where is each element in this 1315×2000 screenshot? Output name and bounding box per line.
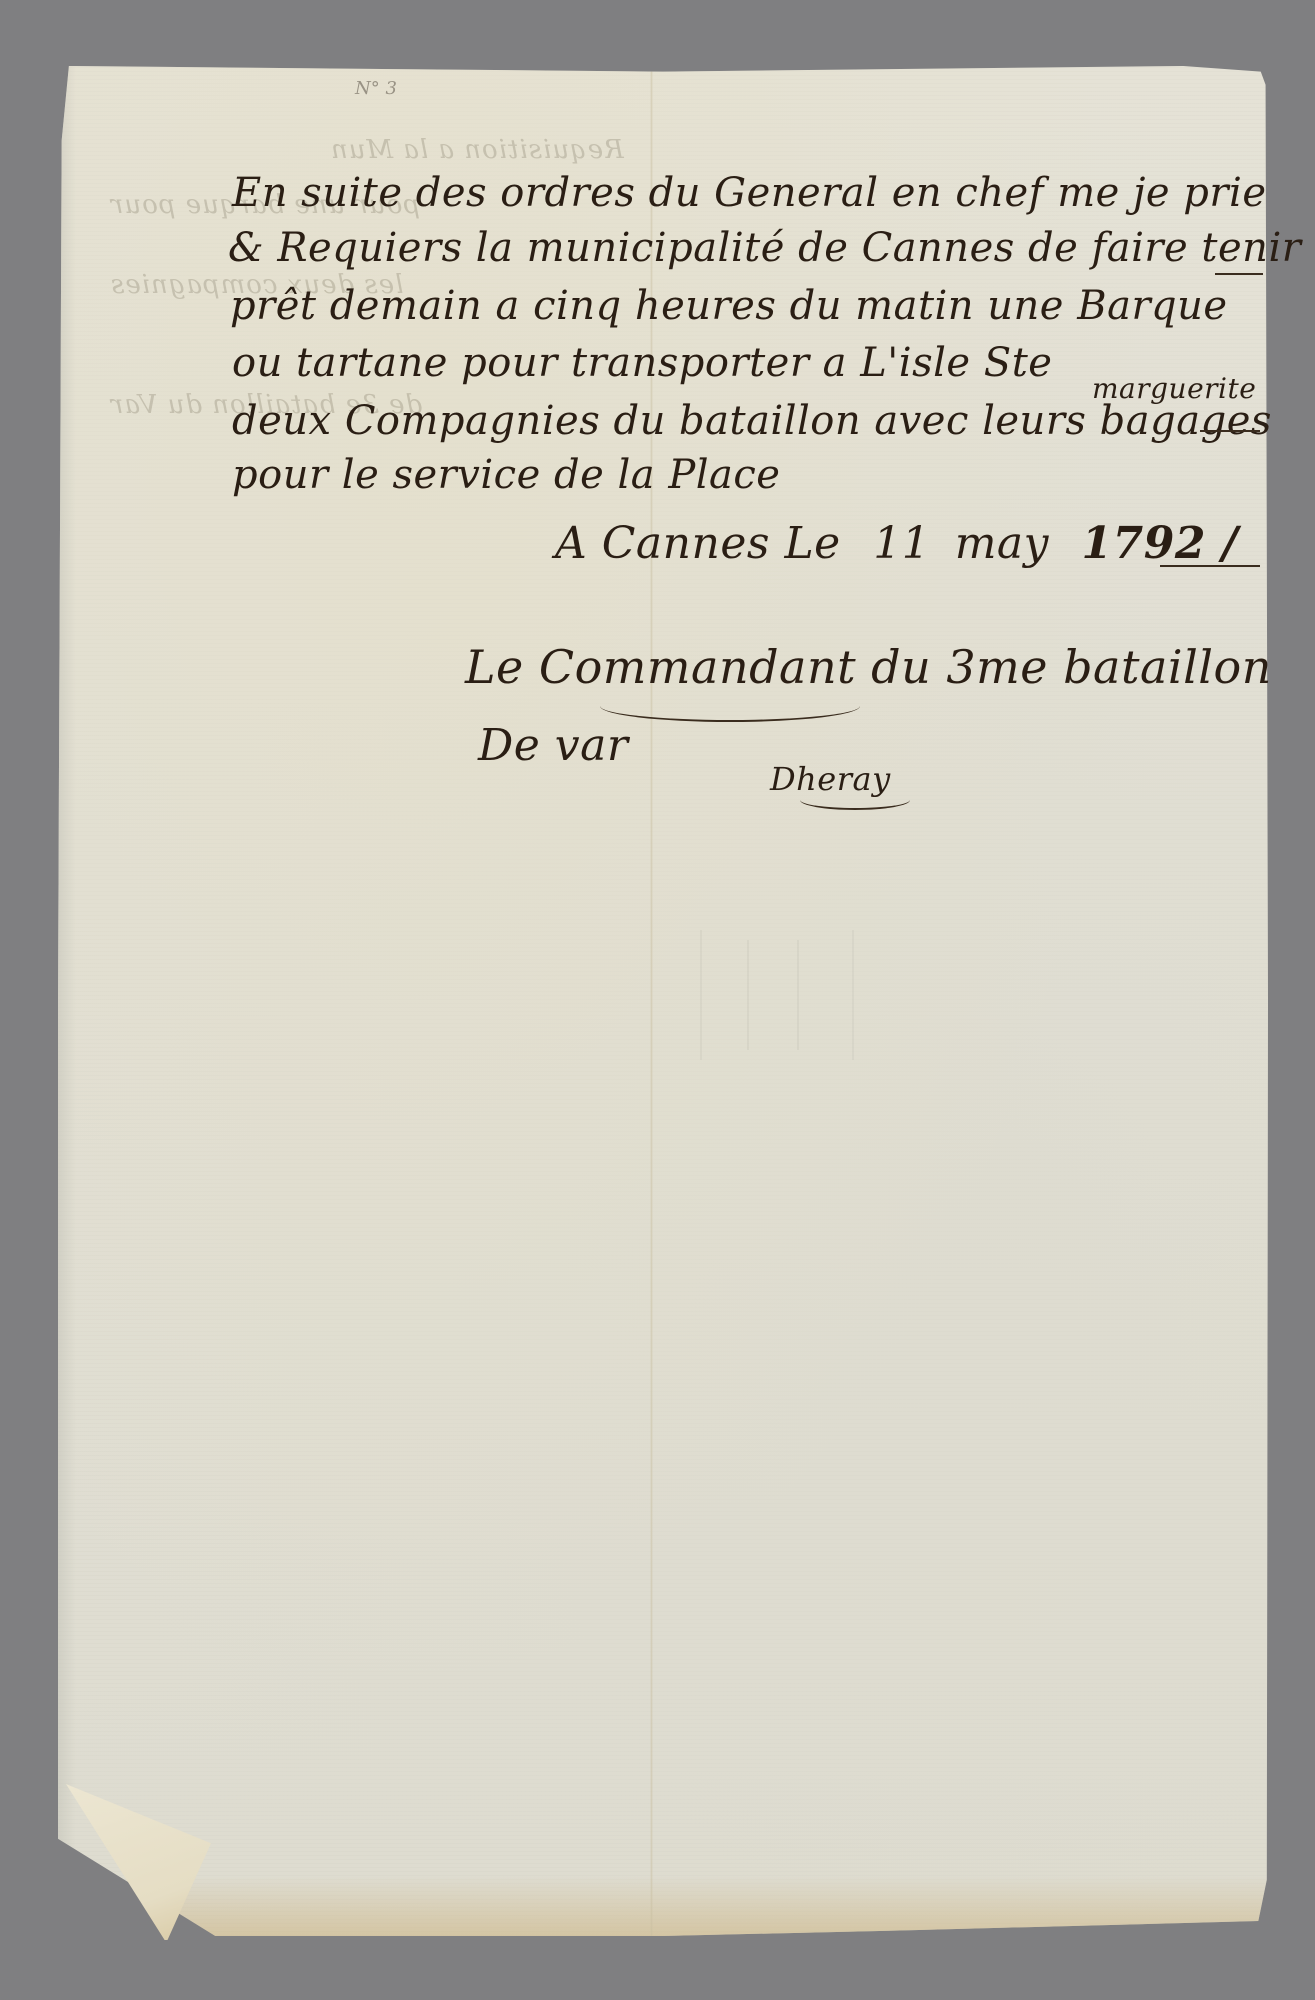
date-trailing-dash	[1160, 565, 1260, 567]
body-line-5: deux Compagnies du bataillon avec leurs …	[232, 398, 1272, 444]
paper-edge-shadow	[58, 66, 76, 1936]
paper-edge-stain	[58, 1876, 1268, 1936]
bleed-through-line: Requisition a la Mun	[330, 135, 624, 165]
body-line-6: pour le service de la Place	[232, 452, 780, 498]
date-line: A Cannes Le 11 may 1792 /	[555, 518, 1238, 569]
closing-flourish	[600, 690, 860, 722]
body-line-3: prêt demain a cinq heures du matin une B…	[230, 283, 1228, 329]
body-line-2: & Requiers la municipalité de Cannes de …	[228, 225, 1301, 271]
line-end-dash	[1215, 273, 1263, 275]
body-line-4: ou tartane pour transporter a L'isle Ste	[232, 340, 1052, 386]
body-line-1: En suite des ordres du General en chef m…	[232, 170, 1267, 216]
date-year: 1792 /	[1082, 518, 1239, 569]
paper-watermark	[700, 930, 854, 1060]
date-day: 11	[873, 518, 930, 569]
date-place: A Cannes Le	[555, 518, 841, 569]
catalog-number: N° 3	[355, 78, 397, 99]
date-month: may	[955, 518, 1049, 569]
closing-title: Le Commandant du 3me bataillon	[465, 640, 1272, 694]
closing-unit: De var	[478, 720, 628, 771]
line-end-dash	[1200, 430, 1260, 432]
signature-flourish	[800, 790, 910, 810]
